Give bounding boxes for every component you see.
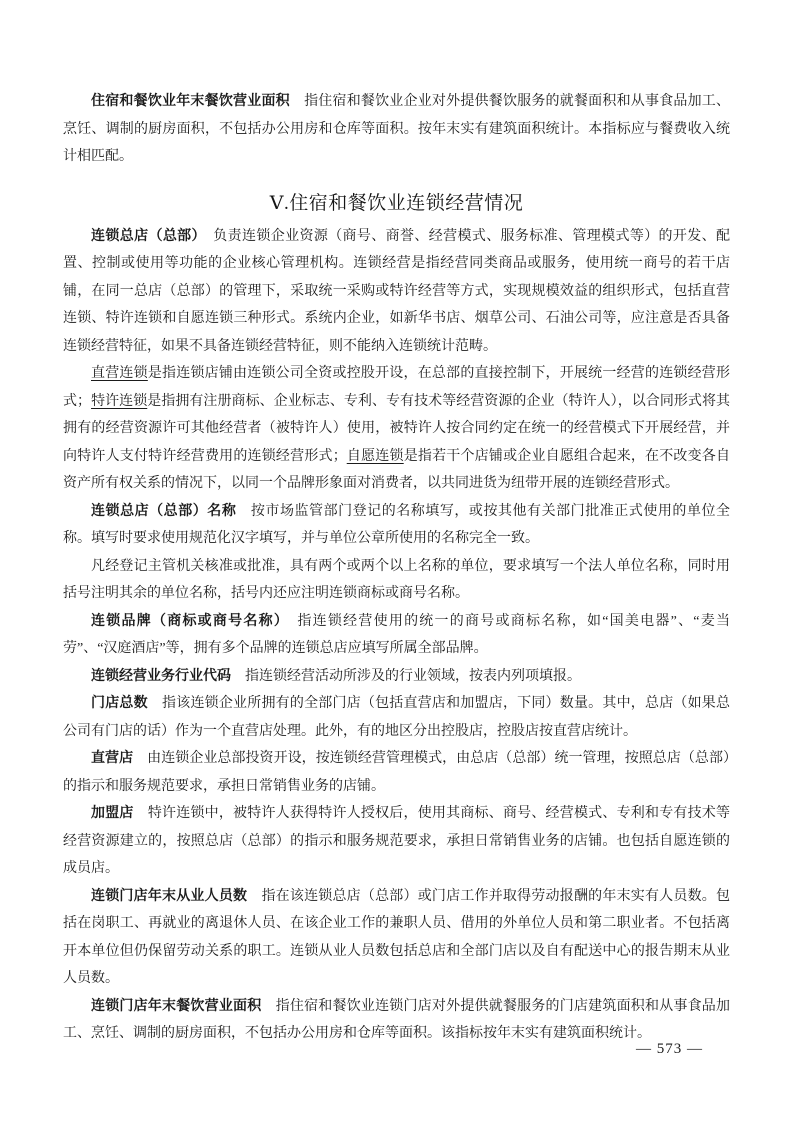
- paragraph: 门店总数 指该连锁企业所拥有的全部门店（包括直营店和加盟店，下同）数量。其中，总…: [63, 690, 730, 745]
- paragraph: 连锁门店年末餐饮营业面积 指住宿和餐饮业连锁门店对外提供就餐服务的门店建筑面积和…: [63, 993, 730, 1048]
- page-number-label: — 573 —: [636, 1041, 703, 1057]
- underlined-term: 自愿连锁: [347, 449, 404, 464]
- paragraph: 连锁经营业务行业代码 指连锁经营活动所涉及的行业领域，按表内列项填报。: [63, 663, 730, 691]
- paragraph: 住宿和餐饮业年末餐饮营业面积 指住宿和餐饮业企业对外提供餐饮服务的就餐面积和从事…: [63, 88, 730, 171]
- section-heading: Ⅴ.住宿和餐饮业连锁经营情况: [63, 188, 730, 220]
- term-label: 连锁总店（总部）名称: [91, 504, 236, 519]
- term-label: 连锁门店年末餐饮营业面积: [91, 999, 261, 1014]
- paragraph: 连锁总店（总部） 负责连锁企业资源（商号、商誉、经营模式、服务标准、管理模式等）…: [63, 223, 730, 361]
- document-content: 住宿和餐饮业年末餐饮营业面积 指住宿和餐饮业企业对外提供餐饮服务的就餐面积和从事…: [63, 88, 730, 1048]
- document-page: 住宿和餐饮业年末餐饮营业面积 指住宿和餐饮业企业对外提供餐饮服务的就餐面积和从事…: [0, 0, 793, 1122]
- paragraph: 直营店 由连锁企业总部投资开设，按连锁经营管理模式，由总店（总部）统一管理，按照…: [63, 745, 730, 800]
- text-run: 凡经登记主管机关核准或批准，具有两个或两个以上名称的单位，要求填写一个法人单位名…: [63, 559, 730, 602]
- page-number: — 573 —: [636, 1041, 703, 1058]
- text-run: 特许连锁中，被特许人获得特许人授权后，使用其商标、商号、经营模式、专利和专有技术…: [63, 806, 730, 876]
- term-label: 连锁经营业务行业代码: [91, 669, 231, 684]
- term-label: 直营店: [91, 751, 133, 766]
- term-label: 连锁品牌（商标或商号名称）: [91, 614, 282, 629]
- paragraph: 连锁总店（总部）名称 按市场监管部门登记的名称填写，或按其他有关部门批准正式使用…: [63, 498, 730, 553]
- paragraph: 连锁门店年末从业人员数 指在该连锁总店（总部）或门店工作并取得劳动报酬的年末实有…: [63, 883, 730, 993]
- paragraph: 凡经登记主管机关核准或批准，具有两个或两个以上名称的单位，要求填写一个法人单位名…: [63, 553, 730, 608]
- term-label: 加盟店: [91, 806, 134, 821]
- text-run: 由连锁企业总部投资开设，按连锁经营管理模式，由总店（总部）统一管理，按照总店（总…: [63, 751, 730, 794]
- term-label: 门店总数: [91, 696, 148, 711]
- term-label: 连锁总店（总部）: [91, 229, 199, 244]
- underlined-term: 特许连锁: [91, 394, 147, 409]
- term-label: 连锁门店年末从业人员数: [91, 889, 247, 904]
- underlined-term: 直营连锁: [91, 366, 148, 381]
- paragraph: 直营连锁是指连锁店铺由连锁公司全资或控股开设，在总部的直接控制下，开展统一经营的…: [63, 360, 730, 498]
- paragraph: 加盟店 特许连锁中，被特许人获得特许人授权后，使用其商标、商号、经营模式、专利和…: [63, 800, 730, 883]
- text-run: 指该连锁企业所拥有的全部门店（包括直营店和加盟店，下同）数量。其中，总店（如果总…: [63, 696, 730, 739]
- text-run: 负责连锁企业资源（商号、商誉、经营模式、服务标准、管理模式等）的开发、配置、控制…: [63, 229, 730, 354]
- term-label: 住宿和餐饮业年末餐饮营业面积: [91, 94, 290, 109]
- paragraph: 连锁品牌（商标或商号名称） 指连锁经营使用的统一的商号或商标名称，如“国美电器”…: [63, 608, 730, 663]
- text-run: 指连锁经营活动所涉及的行业领域，按表内列项填报。: [231, 669, 581, 684]
- text-run: Ⅴ.住宿和餐饮业连锁经营情况: [270, 193, 523, 214]
